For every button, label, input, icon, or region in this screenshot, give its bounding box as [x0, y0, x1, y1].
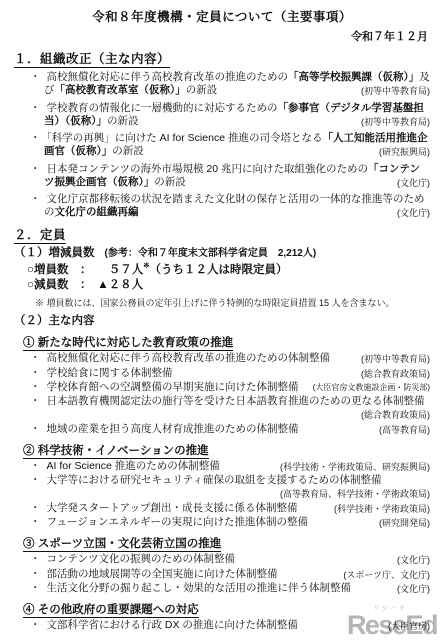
- department-label: (高等教育局、科学技術・学術政策局): [280, 489, 430, 500]
- text-segment: 「高校教育改革室（仮称）」: [55, 84, 186, 96]
- department-label: (高等教育局): [379, 425, 430, 436]
- subsection-heading: ① 新たな時代に対応した教育政策の推進: [23, 334, 430, 350]
- text-segment: の新設: [107, 115, 139, 127]
- department-label: (文化庁): [397, 584, 430, 595]
- text-line: ○増員数 ： ５７人※（うち１２人は時限定員）: [27, 261, 430, 277]
- text-line: ○減員数 ： ▲２８人: [27, 278, 430, 292]
- heading-text: １．組織改正（主な内容）: [14, 52, 170, 68]
- bullet-dot: ・: [30, 619, 41, 631]
- bullet-dot: ・: [30, 193, 41, 205]
- document-page: 令和８年度機構・定員について（主要事項） 令和７年１２月 １．組織改正（主な内容…: [0, 0, 442, 640]
- bullet-item: ・日本発コンテンツの海外市場規模 20 兆円に向けた取組強化のための「コンテンツ…: [14, 163, 430, 190]
- department-label: (大臣官房文教施設企画・防災部): [313, 383, 430, 393]
- heading-text: ２．定員: [14, 228, 66, 244]
- text-segment: 生活文化分野の掘り起こし・効果的な活用の推進に伴う体制整備: [47, 582, 352, 594]
- department-label: (初等中等教育局): [361, 86, 430, 97]
- text-segment: コンテンツ文化の振興のための体制整備: [47, 553, 235, 565]
- bullet-item: ・文化庁京都移転後の状況を踏まえた文化財の保存と活用の一体的な推進等のための文化…: [14, 193, 430, 220]
- text-segment: 高校無償化対応に伴う高校教育改革の推進のための体制整備: [47, 352, 331, 364]
- text-segment: 文化庁の組織再編: [55, 206, 139, 218]
- department-label: (初等中等教育局): [361, 117, 430, 128]
- department-label: (文化庁): [397, 178, 430, 189]
- bullet-dot: ・: [30, 516, 41, 528]
- text-segment: 文部科学省における行政 DX の推進に向けた体制整備: [47, 619, 298, 631]
- text-segment: 日本語教育機関認定法の施行等を受けた日本語教育推進のための更なる体制整備: [47, 395, 425, 407]
- bullet-item: ・部活動の地域展開等の全国実施に向けた体制整備(スポーツ庁、文化庁): [14, 568, 430, 581]
- department-label: (初等中等教育局): [361, 354, 430, 365]
- bullet-item: ・地域の産業を担う高度人材育成推進のための体制整備(高等教育局): [14, 423, 430, 436]
- footnote: ※ 増員数には、国家公務員の定年引上げに伴う特例的な時限定員措置 15 人を含ま…: [35, 296, 430, 309]
- text-segment: （うち１２人は時限定員）: [150, 264, 288, 276]
- subsection-heading: ③ スポーツ立国・文化芸術立国の推進: [23, 535, 430, 551]
- section-heading: １．組織改正（主な内容）: [14, 49, 430, 67]
- heading-text: ④ その他政府の重要課題への対応: [23, 604, 199, 618]
- text-segment: の新設: [186, 84, 218, 96]
- text-segment: 日本発コンテンツの海外市場規模 20 兆円に向けた取組強化のための: [47, 163, 369, 175]
- bullet-item: ・フュージョンエネルギーの実現に向けた推進体制の整備(研究開発局): [14, 516, 430, 529]
- department-label: (文化庁): [397, 555, 430, 566]
- bullet-dot: ・: [30, 395, 41, 407]
- bullet-dot: ・: [30, 163, 41, 175]
- text-segment: 「高等学校振興課（仮称）」: [288, 71, 419, 83]
- department-label: (文化庁): [397, 208, 430, 219]
- department-label: (研究開発局): [379, 518, 430, 529]
- document-title: 令和８年度機構・定員について（主要事項）: [14, 7, 430, 25]
- document-date: 令和７年１２月: [14, 28, 428, 44]
- bullet-dot: ・: [30, 102, 41, 114]
- text-segment: 高校無償化対応に伴う高校教育改革の推進のための: [47, 71, 289, 83]
- bullet-dot: ・: [30, 423, 41, 435]
- bullet-item: ・高校無償化対応に伴う高校教育改革の推進のための体制整備(初等中等教育局): [14, 352, 430, 365]
- text-segment: フュージョンエネルギーの実現に向けた推進体制の整備: [47, 516, 309, 528]
- bullet-item: ・大学発スタートアップ創出・成長支援に係る体制整備(科学技術・学術政策局): [14, 502, 430, 515]
- bullet-dot: ・: [30, 582, 41, 594]
- department-label: (総合教育政策局): [361, 410, 430, 421]
- bullet-dot: ・: [30, 71, 41, 83]
- bullet-item: ・AI for Science 推進のための体制整備(科学技術・学術政策局、研究…: [14, 460, 430, 473]
- text-segment: の新設: [112, 145, 144, 157]
- text-segment: 学校体育館への空調整備の早期実施に向けた体制整備: [47, 381, 299, 393]
- bullet-item: ・学校給食に関する体制整備(総合教育政策局): [14, 367, 430, 380]
- text-segment: ○増員数 ： ５７人: [27, 264, 143, 276]
- text-segment: 部活動の地域展開等の全国実施に向けた体制整備: [47, 568, 278, 580]
- bullet-dot: ・: [30, 460, 41, 472]
- text-segment: 大学発スタートアップ創出・成長支援に係る体制整備: [47, 502, 298, 514]
- bullet-dot: ・: [30, 568, 41, 580]
- text-segment: 大学等における研究セキュリティ確保の取組を支援するための体制整備: [47, 474, 382, 486]
- department-label: (科学技術・学術政策局): [334, 504, 430, 515]
- department-label: (科学技術・学術政策局、研究振興局): [280, 462, 430, 473]
- bullet-item: ・学校教育の情報化に一層機動的に対応するための「参事官（デジタル学習基盤担当）（…: [14, 102, 430, 129]
- bullet-dot: ・: [30, 502, 41, 514]
- bullet-dot: ・: [30, 132, 41, 144]
- bullet-item: ・生活文化分野の掘り起こし・効果的な活用の推進に伴う体制整備(文化庁): [14, 582, 430, 595]
- text-segment: （１）増減員数: [14, 247, 95, 259]
- subsection-heading: ④ その他政府の重要課題への対応: [23, 601, 430, 617]
- heading-text: ① 新たな時代に対応した教育政策の推進: [23, 337, 233, 351]
- text-segment: 学校給食に関する体制整備: [47, 367, 173, 379]
- department-label: (スポーツ庁、文化庁): [343, 570, 430, 581]
- heading-text: ② 科学技術・イノベーションの推進: [23, 445, 209, 459]
- text-segment: AI for Science 推進のための体制整備: [47, 460, 220, 472]
- department-label: (総合教育政策局): [361, 369, 430, 380]
- text-segment: 地域の産業を担う高度人材育成推進のための体制整備: [47, 423, 299, 435]
- text-line: （１）増減員数 (参考：令和７年度末文部科学省定員 2,212人): [14, 246, 430, 261]
- text-segment: （２）主な内容: [14, 315, 95, 327]
- bullet-dot: ・: [30, 381, 41, 393]
- bullet-dot: ・: [30, 553, 41, 565]
- document-body: １．組織改正（主な内容）・高校無償化対応に伴う高校教育改革の推進のための「高等学…: [14, 49, 430, 633]
- subsection-heading: ② 科学技術・イノベーションの推進: [23, 442, 430, 458]
- bullet-item: ・学校体育館への空調整備の早期実施に向けた体制整備(大臣官房文教施設企画・防災部…: [14, 381, 430, 394]
- section-heading: ２．定員: [14, 225, 430, 243]
- department-label: (研究振興局): [379, 147, 430, 158]
- bullet-item: ・「科学の再興」に向けた AI for Science 推進の司令塔となる「人工…: [14, 132, 430, 159]
- bullet-item: ・コンテンツ文化の振興のための体制整備(文化庁): [14, 553, 430, 566]
- bullet-dot: ・: [30, 352, 41, 364]
- text-segment: 学校教育の情報化に一層機動的に対応するための: [47, 102, 278, 114]
- bullet-item: ・大学等における研究セキュリティ確保の取組を支援するための体制整備(高等教育局、…: [14, 474, 430, 501]
- bullet-dot: ・: [30, 474, 41, 486]
- text-segment: の新設: [154, 176, 186, 188]
- bullet-item: ・日本語教育機関認定法の施行等を受けた日本語教育推進のための更なる体制整備(総合…: [14, 395, 430, 422]
- bullet-dot: ・: [30, 367, 41, 379]
- text-line: （２）主な内容: [14, 314, 430, 328]
- bullet-item: ・高校無償化対応に伴う高校教育改革の推進のための「高等学校振興課（仮称）」及び「…: [14, 71, 430, 98]
- text-segment: ○減員数 ： ▲２８人: [27, 279, 143, 291]
- heading-text: ③ スポーツ立国・文化芸術立国の推進: [23, 538, 221, 552]
- text-segment: (参考：令和７年度末文部科学省定員 2,212人): [95, 248, 317, 259]
- text-segment: 「科学の再興」に向けた AI for Science 推進の司令塔となる: [47, 132, 323, 144]
- bullet-item: ・文部科学省における行政 DX の推進に向けた体制整備(大臣官房): [14, 619, 430, 632]
- department-label: (大臣官房): [388, 621, 430, 632]
